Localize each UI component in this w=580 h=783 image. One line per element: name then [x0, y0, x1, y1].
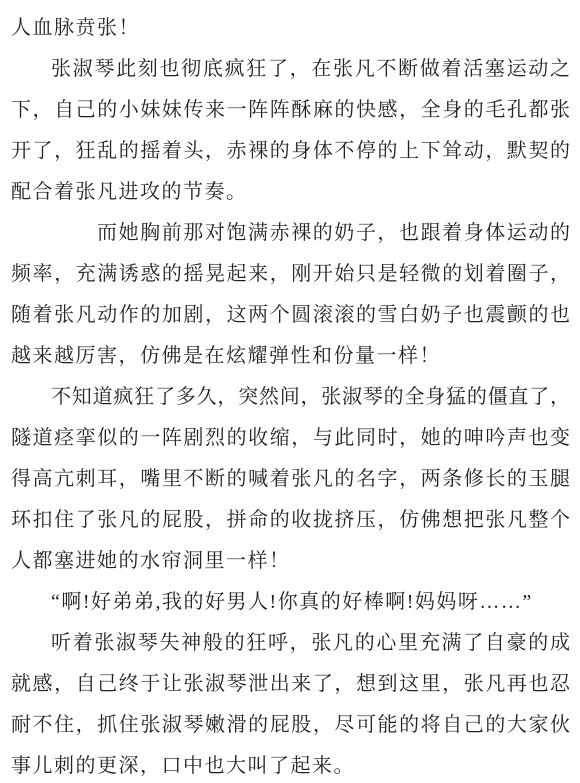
text-line: 下，自己的小妹妹传来一阵阵酥麻的快感，全身的毛孔都张: [11, 90, 570, 131]
text-line: 开了，狂乱的摇着头，赤裸的身体不停的上下耸动，默契的: [11, 131, 570, 172]
text-line: 环扣住了张凡的屁股，拼命的收拢挤压，仿佛想把张凡整个: [11, 500, 570, 541]
text-line: 就感，自己终于让张淑琴泄出来了，想到这里，张凡再也忍: [11, 664, 570, 705]
text-line: 隧道痉挛似的一阵剧烈的收缩，与此同时，她的呻吟声也变: [11, 418, 570, 459]
text-line: 频率，充满诱惑的摇晃起来，刚开始只是轻微的划着圈子，: [11, 254, 570, 295]
text-line: 随着张凡动作的加剧，这两个圆滚滚的雪白奶子也震颤的也: [11, 295, 570, 336]
text-line: 越来越厉害，仿佛是在炫耀弹性和份量一样！: [11, 336, 570, 377]
text-line: 张淑琴此刻也彻底疯狂了，在张凡不断做着活塞运动之: [11, 49, 570, 90]
text-line: 耐不住，抓住张淑琴嫩滑的屁股，尽可能的将自己的大家伙: [11, 705, 570, 746]
text-line: 配合着张凡进攻的节奏。: [11, 172, 570, 213]
text-line: 事儿刺的更深，口中也大叫了起来。: [11, 746, 570, 783]
text-line: 人血脉贲张！: [11, 8, 570, 49]
novel-text-page: 人血脉贲张！ 张淑琴此刻也彻底疯狂了，在张凡不断做着活塞运动之 下，自己的小妹妹…: [0, 0, 580, 783]
text-line: 不知道疯狂了多久，突然间，张淑琴的全身猛的僵直了，: [11, 377, 570, 418]
text-line: 人都塞进她的水帘洞里一样！: [11, 541, 570, 582]
text-line: 得高亢刺耳，嘴里不断的喊着张凡的名字，两条修长的玉腿: [11, 459, 570, 500]
dialogue-line: “啊!好弟弟,我的好男人!你真的好棒啊!妈妈呀……”: [11, 582, 570, 623]
text-line: 而她胸前那对饱满赤裸的奶子，也跟着身体运动的: [11, 213, 570, 254]
text-line: 听着张淑琴失神般的狂呼，张凡的心里充满了自豪的成: [11, 623, 570, 664]
